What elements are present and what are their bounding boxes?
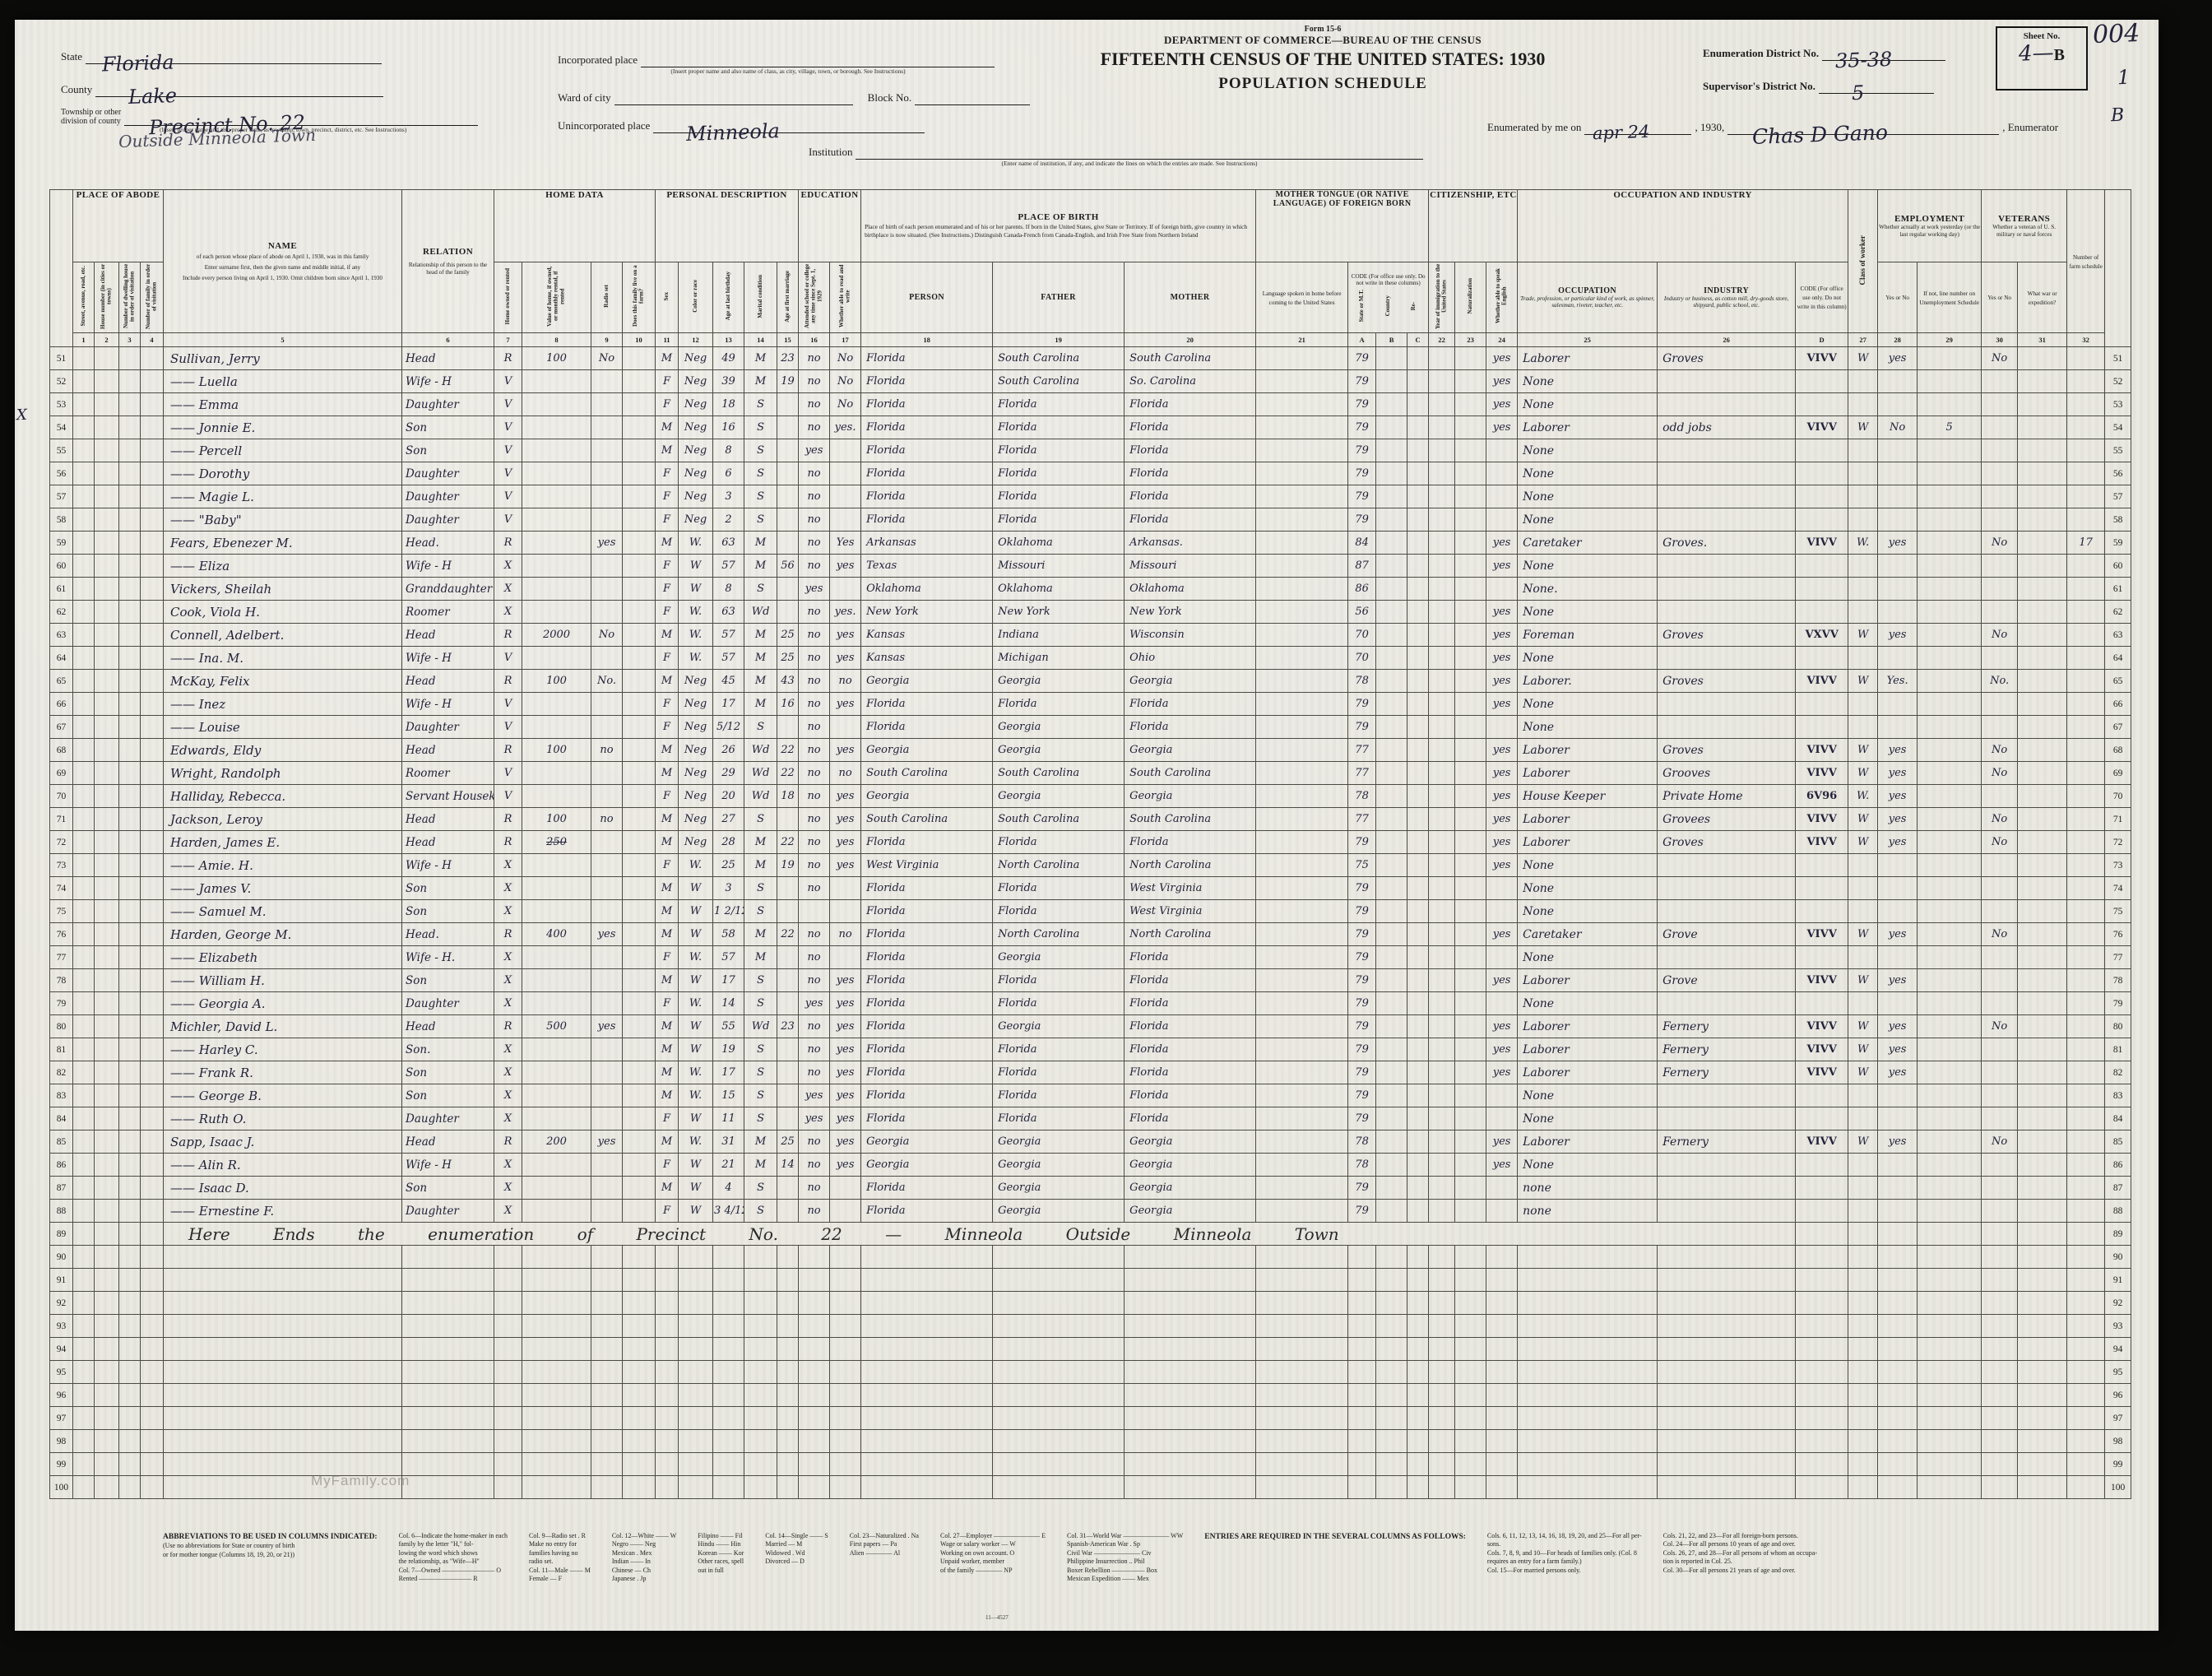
- cell-c29: [1918, 693, 1982, 716]
- cell-c17: yes: [830, 1038, 861, 1061]
- cell-c21: [1256, 1361, 1348, 1384]
- cell-cb: [1376, 416, 1407, 439]
- cell-c32: [2067, 485, 2105, 508]
- cell-c30: [1982, 485, 2018, 508]
- cell-c9: [591, 900, 623, 923]
- cell-c20: Florida: [1125, 462, 1256, 485]
- cell-name: Halliday, Rebecca.: [164, 785, 402, 808]
- cell-c2: [95, 1015, 119, 1038]
- census-row-95: 9595: [50, 1361, 2131, 1384]
- cell-c11: M: [656, 1177, 679, 1200]
- cell-c2: [95, 1200, 119, 1223]
- cell-c4: [141, 670, 164, 693]
- cell-c8: 100: [522, 670, 591, 693]
- cell-c14: M: [744, 647, 777, 670]
- cell-c11: [656, 1292, 679, 1315]
- cell-c28: [1878, 1107, 1918, 1130]
- cell-c2: [95, 900, 119, 923]
- col-number-B: B: [1376, 333, 1407, 347]
- cell-c30: [1982, 716, 2018, 739]
- cell-c13: 49: [713, 347, 744, 370]
- cell-c23: [1455, 1453, 1486, 1476]
- cell-ca: 77: [1348, 739, 1376, 762]
- cell-c9: [591, 831, 623, 854]
- cell-c29: [1918, 969, 1982, 992]
- sheet-number-box: Sheet No. 4—B: [1996, 26, 2088, 91]
- line-number-left: 51: [50, 347, 73, 370]
- census-row-68: 68Edwards, EldyHeadR100noMNeg26Wd22noyes…: [50, 739, 2131, 762]
- cell-c29: [1918, 808, 1982, 831]
- cell-c32: [2067, 693, 2105, 716]
- cell-c4: [141, 1292, 164, 1315]
- cell-c32: [2067, 1084, 2105, 1107]
- cell-c7: V: [494, 647, 522, 670]
- census-row-75: 75—— Samuel M.SonXMW1 2/12SFloridaFlorid…: [50, 900, 2131, 923]
- line-number-header-right: [2105, 190, 2131, 347]
- cell-c15: 22: [777, 762, 799, 785]
- legend-line: Civil War ——————— Civ: [1067, 1549, 1183, 1558]
- cell-c17: [830, 716, 861, 739]
- cell-c32: [2067, 1384, 2105, 1407]
- cell-c31: [2018, 877, 2067, 900]
- cell-c27: W: [1848, 923, 1878, 946]
- cell-c21: [1256, 1107, 1348, 1130]
- cell-c10: [623, 1177, 656, 1200]
- cell-c10: [623, 992, 656, 1015]
- cell-c16: no: [799, 854, 830, 877]
- cell-c12: [679, 1315, 713, 1338]
- cell-c16: yes: [799, 439, 830, 462]
- cell-c19: [993, 1246, 1125, 1269]
- cell-c13: 21: [713, 1154, 744, 1177]
- col-header-age-first-marriage: Age at first marriage: [777, 262, 799, 333]
- cell-c14: [744, 1384, 777, 1407]
- cell-c15: [777, 601, 799, 624]
- cell-c19: South Carolina: [993, 808, 1125, 831]
- cell-rel: Daughter: [402, 1200, 494, 1223]
- legend-block-2: Col. 9—Radio set . RMake no entry forfam…: [529, 1532, 591, 1583]
- cell-rel: Roomer: [402, 762, 494, 785]
- cell-c16: no: [799, 785, 830, 808]
- cell-c19: Georgia: [993, 1130, 1125, 1154]
- legend-line: radio set.: [529, 1558, 591, 1566]
- cell-c11: F: [656, 485, 679, 508]
- cell-c14: [744, 1315, 777, 1338]
- cell-c3: [119, 1177, 141, 1200]
- census-row-64: 64—— Ina. M.Wife - HVFW.57M25noyesKansas…: [50, 647, 2131, 670]
- legend-line: Col. 24—For all persons 10 years of age …: [1663, 1540, 1817, 1548]
- cell-c17: yes: [830, 1130, 861, 1154]
- cell-c21: [1256, 1476, 1348, 1499]
- cell-cb: [1376, 1338, 1407, 1361]
- cell-c26: Groves: [1658, 624, 1796, 647]
- cell-ca: [1348, 1407, 1376, 1430]
- cell-c23: [1455, 670, 1486, 693]
- cell-cb: [1376, 439, 1407, 462]
- cell-c29: [1918, 946, 1982, 969]
- cell-c23: [1455, 1315, 1486, 1338]
- cell-c2: [95, 716, 119, 739]
- line-number-right: 56: [2105, 462, 2131, 485]
- cell-c20: Florida: [1125, 969, 1256, 992]
- cell-c3: [119, 601, 141, 624]
- cell-c12: W: [679, 923, 713, 946]
- cell-c32: [2067, 578, 2105, 601]
- legend-line: First papers — Pa: [850, 1540, 919, 1548]
- cell-c17: no: [830, 923, 861, 946]
- cell-c15: [777, 716, 799, 739]
- cell-c31: [2018, 808, 2067, 831]
- cell-c16: no: [799, 532, 830, 555]
- cell-c31: [2018, 716, 2067, 739]
- cell-c18: Florida: [861, 462, 993, 485]
- cell-c10: [623, 462, 656, 485]
- cell-c22: [1429, 601, 1455, 624]
- cell-cc: [1407, 462, 1429, 485]
- cell-c28: yes: [1878, 739, 1918, 762]
- cell-c2: [95, 923, 119, 946]
- cell-c23: [1455, 439, 1486, 462]
- cell-ca: [1348, 1315, 1376, 1338]
- cell-cc: [1407, 854, 1429, 877]
- cell-c31: [2018, 1154, 2067, 1177]
- cell-rel: Daughter: [402, 485, 494, 508]
- cell-c4: [141, 347, 164, 370]
- cell-cd: [1796, 555, 1848, 578]
- cell-c29: [1918, 1476, 1982, 1499]
- cell-c2: [95, 785, 119, 808]
- cell-c9: [591, 647, 623, 670]
- cell-c15: [777, 508, 799, 532]
- cell-c12: W: [679, 578, 713, 601]
- cell-c23: [1455, 1338, 1486, 1361]
- cell-c30: No: [1982, 1015, 2018, 1038]
- cell-c17: [830, 1292, 861, 1315]
- cell-c3: [119, 716, 141, 739]
- cell-c23: [1455, 1084, 1486, 1107]
- cell-c25: None.: [1518, 578, 1658, 601]
- cell-c14: S: [744, 439, 777, 462]
- cell-c15: 22: [777, 923, 799, 946]
- cell-cb: [1376, 347, 1407, 370]
- cell-rel: Head: [402, 670, 494, 693]
- census-row-74: 74—— James V.SonXMW3SnoFloridaFloridaWes…: [50, 877, 2131, 900]
- legend-line: or for mother tongue (Columns 18, 19, 20…: [163, 1551, 378, 1559]
- cell-c15: [777, 1453, 799, 1476]
- cell-c12: W: [679, 555, 713, 578]
- cell-c25: None: [1518, 1084, 1658, 1107]
- cell-rel: [402, 1292, 494, 1315]
- cell-c27: W: [1848, 969, 1878, 992]
- ward-field: Ward of city Block No.: [558, 91, 1030, 105]
- cell-c28: [1878, 1384, 1918, 1407]
- cell-c9: [591, 370, 623, 393]
- cell-c14: S: [744, 716, 777, 739]
- cell-c21: [1256, 946, 1348, 969]
- cell-c29: [1918, 1384, 1982, 1407]
- cell-cc: [1407, 416, 1429, 439]
- cell-c10: [623, 1269, 656, 1292]
- cell-c14: M: [744, 555, 777, 578]
- cell-c19: Florida: [993, 877, 1125, 900]
- cell-c32: [2067, 785, 2105, 808]
- cell-c25: None: [1518, 693, 1658, 716]
- cell-c22: [1429, 831, 1455, 854]
- cell-c13: 27: [713, 808, 744, 831]
- legend-block-0: ABBREVIATIONS TO BE USED IN COLUMNS INDI…: [163, 1532, 378, 1559]
- cell-c22: [1429, 1107, 1455, 1130]
- cell-cd: [1796, 647, 1848, 670]
- cell-cb: [1376, 969, 1407, 992]
- cell-c10: [623, 1084, 656, 1107]
- cell-c2: [95, 1246, 119, 1269]
- cell-c19: South Carolina: [993, 347, 1125, 370]
- group-education: EDUCATION: [799, 190, 861, 262]
- cell-c8: [522, 854, 591, 877]
- cell-c14: S: [744, 992, 777, 1015]
- cell-c12: W.: [679, 647, 713, 670]
- cell-c11: F: [656, 462, 679, 485]
- line-number-right: 92: [2105, 1292, 2131, 1315]
- cell-c2: [95, 762, 119, 785]
- cell-cc: [1407, 578, 1429, 601]
- cell-cd: [1796, 601, 1848, 624]
- cell-c21: [1256, 762, 1348, 785]
- cell-c26: [1658, 716, 1796, 739]
- line-number-left: 96: [50, 1384, 73, 1407]
- cell-c27: [1848, 1246, 1878, 1269]
- cell-c21: [1256, 808, 1348, 831]
- cell-c14: Wd: [744, 739, 777, 762]
- cell-c27: [1848, 1292, 1878, 1315]
- cell-c12: W: [679, 1038, 713, 1061]
- cell-c9: [591, 601, 623, 624]
- census-row-87: 87—— Isaac D.SonXMW4SnoFloridaGeorgiaGeo…: [50, 1177, 2131, 1200]
- cell-c1: [73, 416, 95, 439]
- cell-c7: X: [494, 854, 522, 877]
- cell-ca: 79: [1348, 1061, 1376, 1084]
- cell-cb: [1376, 1200, 1407, 1223]
- incorporated-field: Incorporated place (Insert proper name a…: [558, 53, 1018, 75]
- legend-line: out in full: [698, 1567, 744, 1575]
- cell-name: —— Elizabeth: [164, 946, 402, 969]
- cell-c12: [679, 1430, 713, 1453]
- cell-c31: [2018, 1038, 2067, 1061]
- cell-c24: yes: [1486, 785, 1518, 808]
- cell-c20: Florida: [1125, 1061, 1256, 1084]
- cell-c22: [1429, 370, 1455, 393]
- cell-c11: F: [656, 1200, 679, 1223]
- col-header-immigration-year: Year of immigration to the United States: [1429, 262, 1455, 333]
- line-number-left: 68: [50, 739, 73, 762]
- cell-c17: [830, 485, 861, 508]
- cell-c12: Neg: [679, 831, 713, 854]
- cell-c26: Groves: [1658, 831, 1796, 854]
- cell-c26: Private Home: [1658, 785, 1796, 808]
- cell-c9: [591, 1200, 623, 1223]
- cell-c3: [119, 762, 141, 785]
- cell-c23: [1455, 693, 1486, 716]
- cell-c25: Laborer: [1518, 1130, 1658, 1154]
- cell-c19: Georgia: [993, 946, 1125, 969]
- cell-c13: 57: [713, 647, 744, 670]
- cell-c23: [1455, 1269, 1486, 1292]
- cell-c18: Florida: [861, 1177, 993, 1200]
- cell-c13: 57: [713, 946, 744, 969]
- cell-c23: [1455, 647, 1486, 670]
- cell-c29: [1918, 831, 1982, 854]
- cell-c11: F: [656, 578, 679, 601]
- col-number-12: 12: [679, 333, 713, 347]
- cell-c30: No: [1982, 624, 2018, 647]
- cell-c19: North Carolina: [993, 923, 1125, 946]
- cell-c22: [1429, 808, 1455, 831]
- cell-cd: VIVV: [1796, 670, 1848, 693]
- cell-c24: [1486, 1200, 1518, 1223]
- cell-c19: Florida: [993, 992, 1125, 1015]
- cell-rel: Wife - H: [402, 370, 494, 393]
- cell-c8: [522, 532, 591, 555]
- cell-c22: [1429, 1476, 1455, 1499]
- cell-name: —— Ina. M.: [164, 647, 402, 670]
- cell-c23: [1455, 1177, 1486, 1200]
- cell-name: [164, 1292, 402, 1315]
- cell-cc: [1407, 601, 1429, 624]
- cell-c31: [2018, 1476, 2067, 1499]
- cell-c11: [656, 1453, 679, 1476]
- cell-c31: [2018, 785, 2067, 808]
- cell-c9: [591, 693, 623, 716]
- cell-c13: 20: [713, 785, 744, 808]
- cell-c19: Florida: [993, 1107, 1125, 1130]
- cell-c24: yes: [1486, 370, 1518, 393]
- cell-cb: [1376, 555, 1407, 578]
- col-header-color-race: Color or race: [679, 262, 713, 333]
- end-of-enumeration-note: Here Ends the enumeration of Precinct No…: [164, 1223, 1796, 1246]
- cell-c23: [1455, 831, 1486, 854]
- cell-c25: House Keeper: [1518, 785, 1658, 808]
- cell-ca: 79: [1348, 439, 1376, 462]
- cell-c29: [1918, 877, 1982, 900]
- cell-c3: [119, 1476, 141, 1499]
- cell-c9: [591, 716, 623, 739]
- cell-c28: [1878, 647, 1918, 670]
- cell-c16: no: [799, 462, 830, 485]
- cell-c24: yes: [1486, 1061, 1518, 1084]
- cell-c13: 18: [713, 393, 744, 416]
- cell-c17: yes: [830, 1154, 861, 1177]
- cell-c26: [1658, 1177, 1796, 1200]
- cell-c29: [1918, 485, 1982, 508]
- cell-c26: [1658, 508, 1796, 532]
- cell-c13: [713, 1246, 744, 1269]
- cell-name: —— Louise: [164, 716, 402, 739]
- cell-c1: [73, 439, 95, 462]
- cell-c31: [2018, 1315, 2067, 1338]
- line-number-right: 83: [2105, 1084, 2131, 1107]
- cell-c16: no: [799, 555, 830, 578]
- cell-c13: 29: [713, 762, 744, 785]
- cell-c8: [522, 485, 591, 508]
- cell-c11: M: [656, 1038, 679, 1061]
- cell-cb: [1376, 1361, 1407, 1384]
- cell-ca: 79: [1348, 716, 1376, 739]
- cell-c21: [1256, 1384, 1348, 1407]
- cell-c27: [1848, 1177, 1878, 1200]
- cell-c25: None: [1518, 601, 1658, 624]
- cell-c11: F: [656, 1107, 679, 1130]
- cell-c12: W.: [679, 946, 713, 969]
- cell-rel: Head: [402, 1015, 494, 1038]
- cell-c24: [1486, 1384, 1518, 1407]
- cell-ca: 79: [1348, 1107, 1376, 1130]
- cell-c28: [1878, 601, 1918, 624]
- cell-c15: [777, 900, 799, 923]
- cell-c30: [1982, 1338, 2018, 1361]
- cell-c1: [73, 992, 95, 1015]
- cell-c28: [1878, 854, 1918, 877]
- cell-c14: Wd: [744, 785, 777, 808]
- cell-c15: 56: [777, 555, 799, 578]
- cell-c2: [95, 624, 119, 647]
- cell-c28: [1878, 462, 1918, 485]
- cell-c16: [799, 1269, 830, 1292]
- cell-c21: [1256, 854, 1348, 877]
- cell-c7: X: [494, 555, 522, 578]
- cell-c4: [141, 578, 164, 601]
- cell-c15: 19: [777, 370, 799, 393]
- cell-rel: Wife - H: [402, 647, 494, 670]
- cell-name: [164, 1430, 402, 1453]
- cell-c25: [1518, 1315, 1658, 1338]
- census-row-93: 9393: [50, 1315, 2131, 1338]
- cell-c12: Neg: [679, 762, 713, 785]
- census-row-98: 9898: [50, 1430, 2131, 1453]
- cell-c19: [993, 1384, 1125, 1407]
- cell-c11: M: [656, 1084, 679, 1107]
- cell-c20: Florida: [1125, 716, 1256, 739]
- cell-c4: [141, 1384, 164, 1407]
- cell-c24: yes: [1486, 854, 1518, 877]
- legend-line: Col. 6—Indicate the home-maker in each: [399, 1532, 508, 1540]
- cell-c31: [2018, 946, 2067, 969]
- line-number-right: 58: [2105, 508, 2131, 532]
- cell-c8: [522, 601, 591, 624]
- cell-c23: [1455, 347, 1486, 370]
- cell-name: —— William H.: [164, 969, 402, 992]
- cell-cb: [1376, 370, 1407, 393]
- cell-c25: none: [1518, 1200, 1658, 1223]
- cell-c8: 100: [522, 808, 591, 831]
- cell-c10: [623, 831, 656, 854]
- legend-block-1: Col. 6—Indicate the home-maker in eachfa…: [399, 1532, 508, 1583]
- cell-c14: S: [744, 1061, 777, 1084]
- cell-c13: 15: [713, 1084, 744, 1107]
- cell-c31: [2018, 1384, 2067, 1407]
- cell-c3: [119, 532, 141, 555]
- cell-rel: Daughter: [402, 992, 494, 1015]
- cell-ca: 79: [1348, 416, 1376, 439]
- cell-c18: Oklahoma: [861, 578, 993, 601]
- cell-c9: [591, 854, 623, 877]
- cell-c31: [2018, 670, 2067, 693]
- cell-ca: 79: [1348, 1015, 1376, 1038]
- cell-name: —— Ernestine F.: [164, 1200, 402, 1223]
- line-number-left: 55: [50, 439, 73, 462]
- cell-c17: [830, 946, 861, 969]
- cell-c8: [522, 900, 591, 923]
- line-number-right: 89: [2105, 1223, 2131, 1246]
